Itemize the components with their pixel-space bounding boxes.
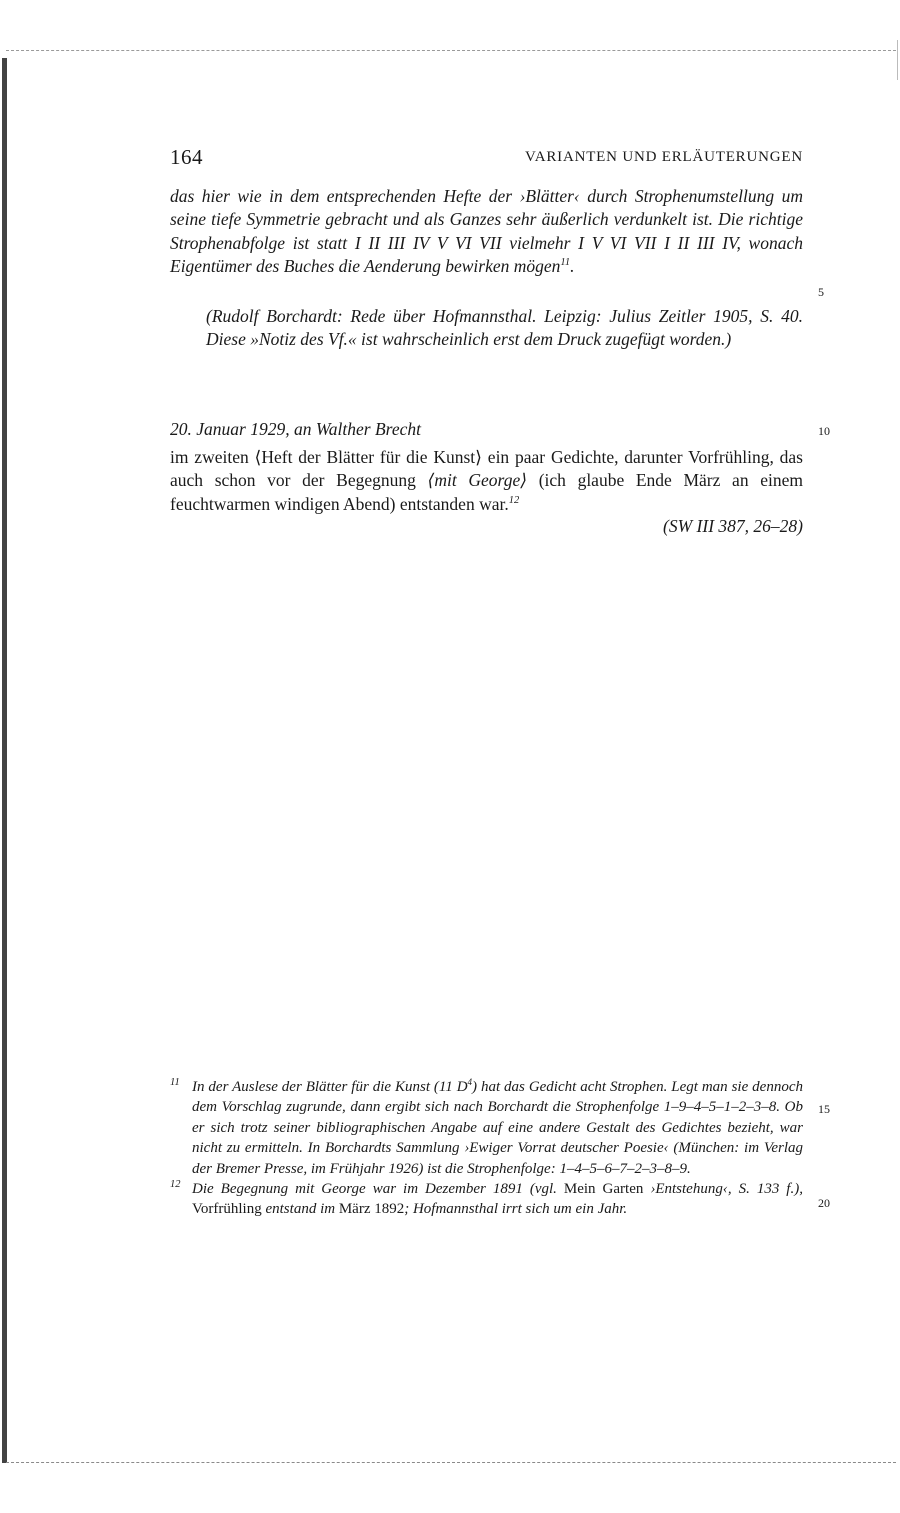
quote-text: das hier wie in dem entsprechenden Hefte…: [170, 186, 803, 276]
work-title: Mein Garten: [564, 1181, 643, 1197]
scan-border-top: [6, 50, 896, 51]
letter-date-heading: 20. Januar 1929, an Walther Brecht: [170, 418, 803, 441]
scan-edge-right: [897, 40, 898, 80]
scan-edge-left: [2, 58, 7, 1463]
running-head: 164 VARIANTEN UND ERLÄUTERUNGEN: [170, 145, 803, 169]
line-number-20: 20: [818, 1196, 830, 1211]
section-title: VARIANTEN UND ERLÄUTERUNGEN: [525, 149, 803, 166]
letter-excerpt: im zweiten ⟨Heft der Blätter für die Kun…: [170, 446, 803, 516]
work-title: Vorfrühling: [192, 1201, 262, 1217]
line-number-15: 15: [818, 1102, 830, 1117]
footnote-mark: 11: [170, 1073, 180, 1093]
line-number-10: 10: [818, 424, 830, 439]
footnote-12: 12Die Begegnung mit George war im Dezemb…: [170, 1179, 803, 1220]
letter-reference: (SW III 387, 26–28): [170, 515, 803, 538]
footnote-text: Die Begegnung mit George war im Dezember…: [192, 1181, 564, 1197]
letter-text-italic: ⟨mit George⟩: [428, 470, 528, 490]
quote-end: .: [570, 256, 574, 276]
footnote-11: 11In der Auslese der Blätter für die Kun…: [170, 1077, 803, 1179]
footnote-text: ; Hofmannsthal irrt sich um ein Jahr.: [404, 1201, 627, 1217]
quoted-passage: das hier wie in dem entsprechenden Hefte…: [170, 185, 803, 278]
source-note: (Rudolf Borchardt: Rede über Hofmannstha…: [170, 305, 803, 352]
footnote-text: ›Entstehung‹, S. 133 f.),: [643, 1181, 803, 1197]
date-text: März 1892: [339, 1201, 404, 1217]
footnote-text: entstand im: [262, 1201, 339, 1217]
footnotes: 11In der Auslese der Blätter für die Kun…: [170, 1077, 803, 1220]
footnote-ref-11[interactable]: 11: [560, 257, 570, 268]
page-number: 164: [170, 145, 203, 170]
line-number-5: 5: [818, 285, 824, 300]
scan-border-bottom: [6, 1462, 896, 1463]
footnote-ref-12[interactable]: 12: [509, 495, 520, 506]
footnote-mark: 12: [170, 1175, 181, 1195]
footnote-text: In der Auslese der Blätter für die Kunst…: [192, 1079, 468, 1095]
